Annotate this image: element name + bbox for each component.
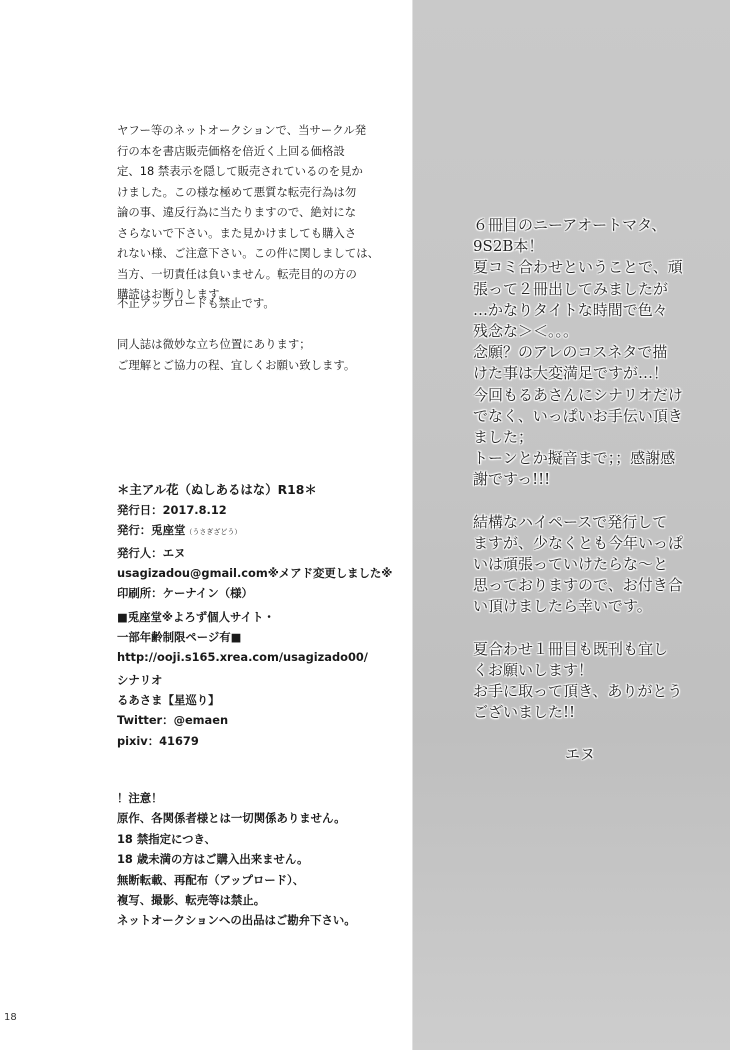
afterword-line: お手に取って頂き、ありがとう (473, 681, 713, 702)
publisher-name: 発行：兎座堂 (117, 523, 185, 537)
issuer: 発行人：エヌ (117, 543, 392, 563)
colophon: ＊主アル花（ぬしあるはな）R18＊ 発行日：2017.8.12 発行：兎座堂（う… (117, 480, 392, 603)
scenario-twitter: Twitter：@emaen (117, 710, 228, 730)
afterword-line: 今回もるあさんにシナリオだけ (473, 385, 713, 406)
doujin-notice-line: ご理解とご協力の程、宜しくお願い致します。 (117, 355, 355, 376)
printer: 印刷所：ケーナイン（様） (117, 583, 392, 603)
afterword-line: い頂けましたら幸いです。 (473, 596, 713, 617)
afterword-line: ございました!! (473, 702, 713, 723)
doujin-notice: 同人誌は微妙な立ち位置にあります； ご理解とご協力の程、宜しくお願い致します。 (117, 334, 355, 375)
warning-line: 無断転載、再配布（アップロード）、 (117, 870, 356, 890)
afterword-line: 謝ですっ!!! (473, 469, 713, 490)
notice-line: 論の事、違反行為に当たりますので、絶対にな (117, 202, 379, 223)
afterword-line: 夏合わせ１冊目も既刊も宜し (473, 639, 713, 660)
notice-line: れない様、ご注意下さい。この件に関しましては、 (117, 243, 379, 264)
warning-line: 18 禁指定につき、 (117, 829, 356, 849)
scenario-label: シナリオ (117, 670, 228, 690)
scenario-pixiv: pixiv：41679 (117, 731, 228, 751)
afterword-line: でなく、いっぱいお手伝い頂き (473, 406, 713, 427)
publisher-furigana: （うさぎざどう） (185, 528, 241, 536)
afterword-line: 念願？のアレのコスネタで描 (473, 342, 713, 363)
notice-line: 定、18 禁表示を隠して販売されているのを見か (117, 161, 379, 182)
publisher: 発行：兎座堂（うさぎざどう） (117, 520, 392, 542)
site-url: http://ooji.s165.xrea.com/usagizado00/ (117, 647, 368, 667)
afterword-line: トーンとか擬音まで；；感謝感 (473, 448, 713, 469)
afterword-line: ますが、少なくとも今年いっぱ (473, 533, 713, 554)
warning-heading: ！注意！ (117, 788, 356, 808)
issue-date: 発行日：2017.8.12 (117, 500, 392, 520)
afterword-line: けた事は大変満足ですが…！ (473, 363, 713, 384)
afterword-line: ました； (473, 427, 713, 448)
book-title: ＊主アル花（ぬしあるはな）R18＊ (117, 480, 392, 500)
website-info: ■兎座堂※よろず個人サイト・ 一部年齢制限ページ有■ http://ooji.s… (117, 607, 368, 668)
afterword-line: 結構なハイペースで発行して (473, 512, 713, 533)
notice-line: 行の本を書店販売価格を倍近く上回る価格設 (117, 141, 379, 162)
upload-notice: 不正アップロードも禁止です。 (117, 293, 275, 314)
notice-line: ヤフー等のネットオークションで、当サークル発 (117, 120, 379, 141)
afterword: ６冊目のニーアオートマタ、 9S2B本！ 夏コミ合わせということで、頑 張って２… (473, 215, 713, 766)
afterword-paragraph: ６冊目のニーアオートマタ、 9S2B本！ 夏コミ合わせということで、頑 張って２… (473, 215, 713, 491)
afterword-line: 夏コミ合わせということで、頑 (473, 257, 713, 278)
afterword-line: 残念な＞＜。。。 (473, 321, 713, 342)
afterword-line: 9S2B本！ (473, 236, 713, 257)
upload-notice-text: 不正アップロードも禁止です。 (117, 293, 275, 314)
afterword-line: 思っておりますので、お付き合 (473, 575, 713, 596)
warning-line: 18 歳未満の方はご購入出来ません。 (117, 849, 356, 869)
author-signature: エヌ (473, 744, 713, 765)
site-line: ■兎座堂※よろず個人サイト・ (117, 607, 368, 627)
afterword-line: くお願いします！ (473, 660, 713, 681)
contact-email: usagizadou@gmail.com※メアド変更しました※ (117, 563, 392, 583)
doujin-notice-line: 同人誌は微妙な立ち位置にあります； (117, 334, 355, 355)
afterword-line: …かなりタイトな時間で色々 (473, 300, 713, 321)
warning-notice: ！注意！ 原作、各関係者様とは一切関係ありません。 18 禁指定につき、 18 … (117, 788, 356, 931)
afterword-paragraph: 結構なハイペースで発行して ますが、少なくとも今年いっぱ いは頑張っていけたらな… (473, 512, 713, 618)
resale-notice: ヤフー等のネットオークションで、当サークル発 行の本を書店販売価格を倍近く上回る… (117, 120, 379, 305)
warning-line: 原作、各関係者様とは一切関係ありません。 (117, 808, 356, 828)
scenario-credits: シナリオ るあさま【星巡り】 Twitter：@emaen pixiv：4167… (117, 670, 228, 751)
page-number: 18 (4, 1012, 17, 1023)
afterword-line: いは頑張っていけたらな～と (473, 554, 713, 575)
afterword-line: ６冊目のニーアオートマタ、 (473, 215, 713, 236)
site-line: 一部年齢制限ページ有■ (117, 627, 368, 647)
afterword-line: 張って２冊出してみましたが (473, 279, 713, 300)
notice-line: 当方、一切責任は負いません。転売目的の方の (117, 264, 379, 285)
notice-line: けました。この様な極めて悪質な転売行為は勿 (117, 182, 379, 203)
warning-line: 複写、撮影、転売等は禁止。 (117, 890, 356, 910)
notice-line: さらないで下さい。また見かけましても購入さ (117, 223, 379, 244)
warning-line: ネットオークションへの出品はご勘弁下さい。 (117, 910, 356, 930)
afterword-paragraph: 夏合わせ１冊目も既刊も宜し くお願いします！ お手に取って頂き、ありがとう ござ… (473, 639, 713, 724)
scenario-author: るあさま【星巡り】 (117, 690, 228, 710)
